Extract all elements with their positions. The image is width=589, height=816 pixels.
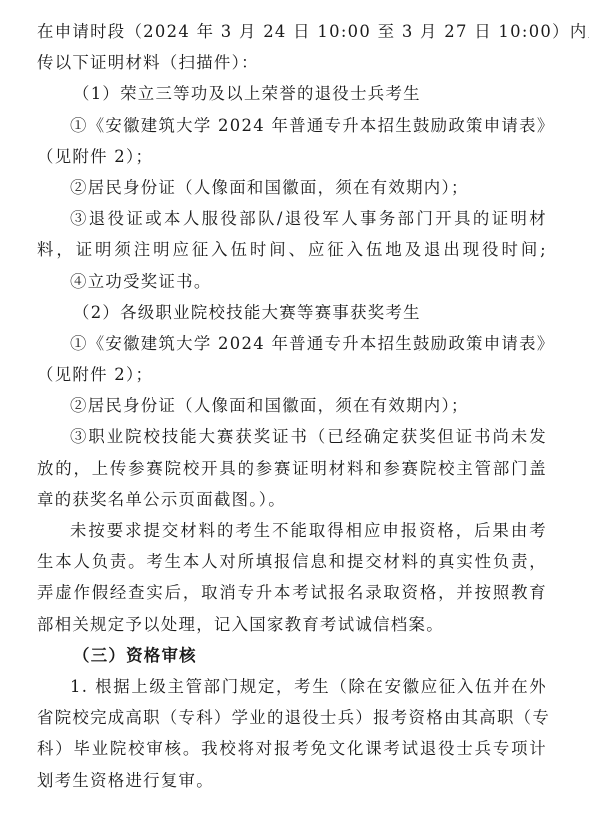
list-item: ③职业院校技能大赛获奖证书（已经确定获奖但证书尚未发 xyxy=(37,421,547,452)
list-item: ②居民身份证（人像面和国徽面，须在有效期内）； xyxy=(37,390,547,421)
paragraph-line: 划考生资格进行复审。 xyxy=(37,765,547,796)
paragraph-line: 弄虚作假经查实后，取消专升本考试报名录取资格，并按照教育 xyxy=(37,577,547,608)
paragraph-line: 生本人负责。考生本人对所填报信息和提交材料的真实性负责， xyxy=(37,546,547,577)
list-item: ①《安徽建筑大学 2024 年普通专升本招生鼓励政策申请表》 xyxy=(37,328,547,359)
subheading-competition: （2）各级职业院校技能大赛等赛事获奖考生 xyxy=(37,297,547,328)
list-item: ③退役证或本人服役部队/退役军人事务部门开具的证明材 xyxy=(37,203,547,234)
paragraph-line: 传以下证明材料（扫描件）： xyxy=(37,47,547,78)
section-heading: （三）资格审核 xyxy=(37,640,547,671)
paragraph-line: 部相关规定予以处理，记入国家教育考试诚信档案。 xyxy=(37,609,547,640)
paragraph-line: （见附件 2）； xyxy=(37,141,547,172)
paragraph-line: 章的获奖名单公示页面截图。）。 xyxy=(37,484,547,515)
paragraph-line: 未按要求提交材料的考生不能取得相应申报资格，后果由考 xyxy=(37,515,547,546)
list-item: ②居民身份证（人像面和国徽面，须在有效期内）； xyxy=(37,172,547,203)
list-item: ①《安徽建筑大学 2024 年普通专升本招生鼓励政策申请表》 xyxy=(37,110,547,141)
paragraph-line: （见附件 2）； xyxy=(37,359,547,390)
subheading-veterans: （1）荣立三等功及以上荣誉的退役士兵考生 xyxy=(37,78,547,109)
paragraph-line: 在申请时段（2024 年 3 月 24 日 10:00 至 3 月 27 日 1… xyxy=(37,16,547,47)
paragraph-line: 1. 根据上级主管部门规定，考生（除在安徽应征入伍并在外 xyxy=(37,671,547,702)
paragraph-line: 省院校完成高职（专科）学业的退役士兵）报考资格由其高职（专 xyxy=(37,702,547,733)
list-item: ④立功受奖证书。 xyxy=(37,266,547,297)
document-page: 在申请时段（2024 年 3 月 24 日 10:00 至 3 月 27 日 1… xyxy=(37,16,547,796)
paragraph-line: 科）毕业院校审核。我校将对报考免文化课考试退役士兵专项计 xyxy=(37,733,547,764)
paragraph-line: 放的，上传参赛院校开具的参赛证明材料和参赛院校主管部门盖 xyxy=(37,453,547,484)
paragraph-line: 料，证明须注明应征入伍时间、应征入伍地及退出现役时间; xyxy=(37,234,547,265)
